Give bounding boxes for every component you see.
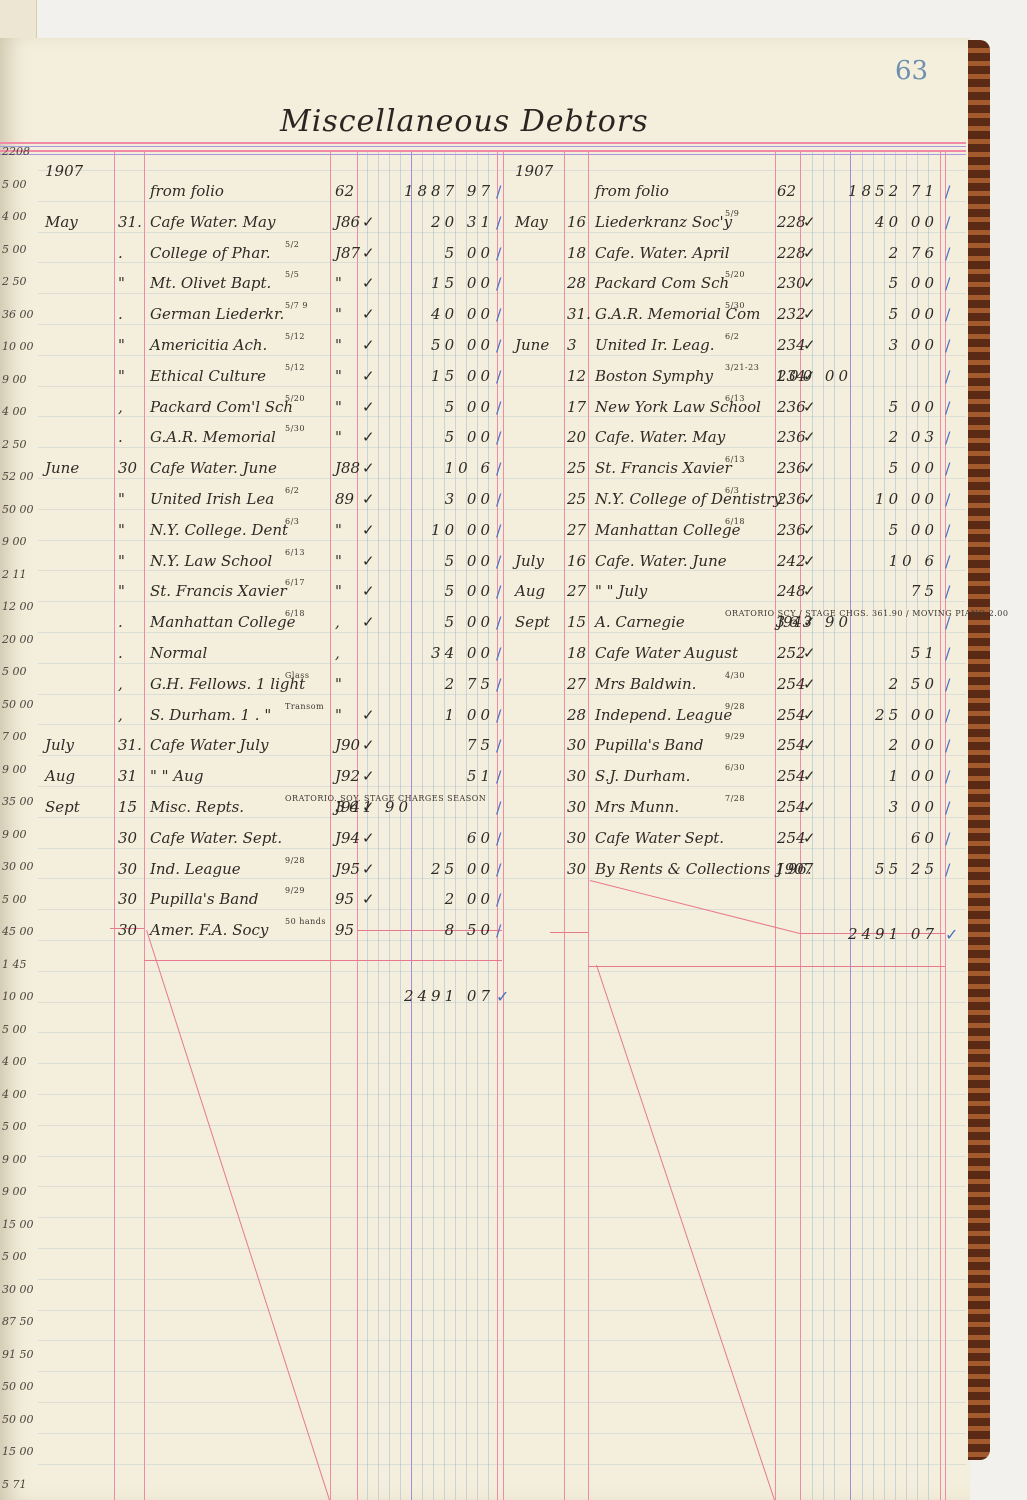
posted-check-mark: ✓ <box>362 336 375 354</box>
folio-ref-cell: 236 <box>777 459 806 477</box>
day-cell: 16 <box>567 552 586 570</box>
entry-note: 5/30 <box>285 424 305 433</box>
entry-note: 5/9 <box>725 209 739 218</box>
day-cell: . <box>118 613 123 631</box>
audit-tick-icon: / <box>496 305 501 324</box>
folio-ref-cell: " <box>335 274 342 292</box>
margin-figure: 9 00 <box>2 1185 27 1198</box>
posted-check-mark: ✓ <box>362 706 375 724</box>
description-cell: Cafe Water. Sept. <box>150 829 282 847</box>
book-spine <box>968 40 990 1460</box>
audit-tick-icon: / <box>945 552 950 571</box>
audit-tick-icon: / <box>945 428 950 447</box>
description-cell: G.A.R. Memorial <box>150 428 276 446</box>
posted-check-mark: ✓ <box>362 829 375 847</box>
ruled-line <box>38 755 966 756</box>
date-close-rule <box>550 932 588 933</box>
total-check-icon: ✓ <box>945 925 958 944</box>
day-cell: , <box>118 706 123 724</box>
entry-note: 6/2 <box>285 486 299 495</box>
margin-figure: 50 00 <box>2 698 34 711</box>
audit-tick-icon: / <box>945 613 950 632</box>
day-cell: 25 <box>567 459 586 477</box>
ruled-line <box>38 724 966 725</box>
day-cell: 17 <box>567 398 586 416</box>
ruled-line <box>38 632 966 633</box>
day-cell: 30 <box>567 736 586 754</box>
day-cell: " <box>118 490 125 508</box>
month-cell: May <box>515 213 548 231</box>
month-cell: June <box>45 459 79 477</box>
margin-figure: 9 00 <box>2 535 27 548</box>
margin-figure: 15 00 <box>2 1218 34 1231</box>
ruled-line <box>38 1248 966 1249</box>
folio-ref-cell: J 96. <box>777 860 812 878</box>
day-cell: 3 <box>567 336 577 354</box>
audit-tick-icon: / <box>496 921 501 940</box>
description-cell: Mrs Baldwin. <box>595 675 696 693</box>
entry-note: 6/13 <box>725 394 745 403</box>
description-cell: S. Durham. 1 . " <box>150 706 271 724</box>
folio-ref-cell: 236 <box>777 398 806 416</box>
description-cell: Pupilla's Band <box>595 736 704 754</box>
folio-ref-cell: 228 <box>777 213 806 231</box>
description-cell: German Liederkr. <box>150 305 284 323</box>
posted-check-mark: ✓ <box>362 490 375 508</box>
margin-figure: 35 00 <box>2 795 34 808</box>
audit-tick-icon: / <box>496 860 501 879</box>
day-cell: 30 <box>567 767 586 785</box>
folio-ref-cell: 254 <box>777 675 806 693</box>
posted-check-mark: ✓ <box>362 521 375 539</box>
folio-ref-cell: 62 <box>335 182 354 200</box>
description-cell: Amer. F.A. Socy <box>150 921 268 939</box>
amount-cell: 2 76 <box>889 244 938 262</box>
folio-ref-cell: 95 <box>335 890 354 908</box>
margin-figure: 52 00 <box>2 470 34 483</box>
day-cell: 15 <box>567 613 586 631</box>
posted-check-mark: ✓ <box>803 336 816 354</box>
description-cell: St. Francis Xavier <box>595 459 732 477</box>
ruled-line <box>38 570 966 571</box>
column-total: 2491 07 <box>404 987 494 1005</box>
posted-check-mark: ✓ <box>803 644 816 662</box>
audit-tick-icon: / <box>496 521 501 540</box>
day-cell: " <box>118 582 125 600</box>
audit-tick-icon: / <box>945 736 950 755</box>
margin-figure: 9 00 <box>2 763 27 776</box>
audit-tick-icon: / <box>945 305 950 324</box>
month-cell: Sept <box>515 613 550 631</box>
margin-figure: 45 00 <box>2 925 34 938</box>
ruled-line <box>38 416 966 417</box>
description-cell: Mt. Olivet Bapt. <box>150 274 271 292</box>
day-cell: 31. <box>118 736 142 754</box>
amount-cell: 40 00 <box>875 213 938 231</box>
amount-cell: 3 00 <box>889 336 938 354</box>
description-cell: Independ. League <box>595 706 732 724</box>
folio-ref-cell: 248 <box>777 582 806 600</box>
margin-figure: 5 00 <box>2 1023 27 1036</box>
ruled-line <box>38 1340 966 1341</box>
description-cell: Americitia Ach. <box>150 336 267 354</box>
day-cell: 30 <box>118 829 137 847</box>
amount-inner-column: 100 00 <box>776 367 853 385</box>
posted-check-mark: ✓ <box>362 736 375 754</box>
ruled-line <box>38 293 966 294</box>
folio-ref-cell: J92 <box>335 767 360 785</box>
column-rule <box>775 150 776 1500</box>
posted-check-mark: ✓ <box>362 367 375 385</box>
audit-tick-icon: / <box>496 644 501 663</box>
amount-cell: 5 00 <box>445 398 494 416</box>
cents-column-rule <box>389 150 390 1500</box>
margin-figure: 87 50 <box>2 1315 34 1328</box>
entry-note: 5/30 <box>725 301 745 310</box>
amount-cell: 51 <box>467 767 494 785</box>
day-cell: 28 <box>567 706 586 724</box>
description-cell: Packard Com Sch <box>595 274 729 292</box>
folio-ref-cell: 254 <box>777 736 806 754</box>
ruled-line <box>38 786 966 787</box>
description-cell: Cafe Water July <box>150 736 268 754</box>
amount-cell: 10 00 <box>431 521 494 539</box>
ruled-line <box>38 817 966 818</box>
amount-cell: 1 00 <box>445 706 494 724</box>
margin-figure: 15 00 <box>2 1445 34 1458</box>
entry-note: 6/18 <box>285 609 305 618</box>
audit-tick-icon: / <box>945 644 950 663</box>
column-rule <box>357 150 358 1500</box>
posted-check-mark: ✓ <box>362 613 375 631</box>
description-cell: Liederkranz Soc'y <box>595 213 732 231</box>
day-cell: , <box>118 398 123 416</box>
margin-figure: 30 00 <box>2 1283 34 1296</box>
ruled-line <box>38 201 966 202</box>
description-cell: N.Y. College. Dent <box>150 521 288 539</box>
folio-ref-cell: " <box>335 521 342 539</box>
entry-note: 9/29 <box>285 886 305 895</box>
audit-tick-icon: / <box>496 428 501 447</box>
amount-cell: 5 00 <box>445 244 494 262</box>
entry-note: 4/30 <box>725 671 745 680</box>
amount-cell: 1 00 <box>889 767 938 785</box>
ruled-line <box>38 262 966 263</box>
day-cell: 30 <box>118 890 137 908</box>
description-cell: Manhattan College <box>150 613 295 631</box>
folio-ref-cell: " <box>335 305 342 323</box>
day-cell: 30 <box>567 829 586 847</box>
amount-cell: 5 00 <box>889 274 938 292</box>
day-cell: " <box>118 521 125 539</box>
audit-tick-icon: / <box>945 521 950 540</box>
posted-check-mark: ✓ <box>803 706 816 724</box>
amount-cell: 55 25 <box>875 860 938 878</box>
entry-note: 5/12 <box>285 363 305 372</box>
description-cell: Mrs Munn. <box>595 798 679 816</box>
amount-cell: 10 6 <box>889 552 938 570</box>
amount-cell: 5 00 <box>889 398 938 416</box>
entry-note: 6/13 <box>725 455 745 464</box>
description-cell: Cafe Water Sept. <box>595 829 724 847</box>
description-cell: Misc. Repts. <box>150 798 244 816</box>
ruled-line <box>38 1156 966 1157</box>
amount-cell: 75 <box>467 736 494 754</box>
margin-figure: 9 00 <box>2 828 27 841</box>
amount-cell: 60 <box>467 829 494 847</box>
posted-check-mark: ✓ <box>803 675 816 693</box>
amount-cell: 75 <box>911 582 938 600</box>
posted-check-mark: ✓ <box>362 582 375 600</box>
folio-ref-cell: " <box>335 706 342 724</box>
cents-column-rule <box>873 150 874 1500</box>
ruled-line <box>38 447 966 448</box>
year-label: 1907 <box>515 162 553 180</box>
folio-ref-cell: " <box>335 367 342 385</box>
ruled-line <box>38 1433 966 1434</box>
amount-cell: 40 00 <box>431 305 494 323</box>
total-check-icon: ✓ <box>496 987 509 1006</box>
day-cell: 25 <box>567 490 586 508</box>
day-cell: . <box>118 428 123 446</box>
entry-note: Glass <box>285 671 309 680</box>
posted-check-mark: ✓ <box>803 398 816 416</box>
amount-cell: 2 75 <box>445 675 494 693</box>
posted-check-mark: ✓ <box>803 244 816 262</box>
entry-note: 50 hands <box>285 917 326 926</box>
description-cell: Cafe. Water. May <box>595 428 725 446</box>
money-column-rule <box>411 150 412 1500</box>
margin-figure: 4 00 <box>2 1055 27 1068</box>
audit-tick-icon: / <box>945 798 950 817</box>
description-cell: Packard Com'l Sch <box>150 398 293 416</box>
ruled-line <box>38 509 966 510</box>
audit-tick-icon: / <box>496 244 501 263</box>
folio-ref-cell: J95 <box>335 860 360 878</box>
margin-figure: 50 00 <box>2 1413 34 1426</box>
ruled-line <box>38 971 966 972</box>
audit-tick-icon: / <box>945 336 950 355</box>
amount-cell: 50 00 <box>431 336 494 354</box>
margin-figure: 5 00 <box>2 243 27 256</box>
margin-figure: 5 00 <box>2 1120 27 1133</box>
amount-cell: 2 00 <box>445 890 494 908</box>
ruled-line <box>38 848 966 849</box>
day-cell: 27 <box>567 675 586 693</box>
ruled-line <box>38 694 966 695</box>
margin-figure: 9 00 <box>2 373 27 386</box>
audit-tick-icon: / <box>496 829 501 848</box>
audit-tick-icon: / <box>945 490 950 509</box>
column-rule <box>564 150 565 1500</box>
folio-ref-cell: 254 <box>777 829 806 847</box>
audit-tick-icon: / <box>496 767 501 786</box>
entry-note: 6/18 <box>725 517 745 526</box>
entry-note: 5/7 9 <box>285 301 308 310</box>
folio-ref-cell: 62 <box>777 182 796 200</box>
day-cell: 30 <box>118 860 137 878</box>
posted-check-mark: ✓ <box>362 890 375 908</box>
folio-ref-cell: J90 <box>335 736 360 754</box>
month-cell: Sept <box>45 798 80 816</box>
entry-note: 9/29 <box>725 732 745 741</box>
audit-tick-icon: / <box>496 213 501 232</box>
day-cell: " <box>118 552 125 570</box>
audit-tick-icon: / <box>945 829 950 848</box>
amount-cell: 20 31 <box>431 213 494 231</box>
description-cell: United Irish Lea <box>150 490 274 508</box>
month-cell: July <box>515 552 544 570</box>
audit-tick-icon: / <box>496 582 501 601</box>
audit-tick-icon: / <box>496 890 501 909</box>
posted-check-mark: ✓ <box>803 490 816 508</box>
amount-cell: 51 <box>911 644 938 662</box>
amount-cell: 2 00 <box>889 736 938 754</box>
day-cell: . <box>118 244 123 262</box>
amount-cell: 5 00 <box>889 459 938 477</box>
description-cell: from folio <box>150 182 224 200</box>
column-total: 2491 07 <box>848 925 938 943</box>
ruled-line <box>38 1186 966 1187</box>
margin-figure: 4 00 <box>2 1088 27 1101</box>
folio-ref-cell: 254 <box>777 798 806 816</box>
day-cell: 28 <box>567 274 586 292</box>
cents-column-rule <box>884 150 885 1500</box>
folio-ref-cell: " <box>335 582 342 600</box>
audit-tick-icon: / <box>945 675 950 694</box>
entry-note: 9/28 <box>725 702 745 711</box>
ruled-line <box>38 1464 966 1465</box>
posted-check-mark: ✓ <box>803 428 816 446</box>
cents-column-rule <box>422 150 423 1500</box>
audit-tick-icon: / <box>496 274 501 293</box>
margin-figure: 12 00 <box>2 600 34 613</box>
margin-figure: 2 11 <box>2 568 27 581</box>
money-column-rule <box>850 150 851 1500</box>
amount-cell: 1852 71 <box>848 182 938 200</box>
posted-check-mark: ✓ <box>803 798 816 816</box>
description-cell: Cafe Water. May <box>150 213 275 231</box>
folio-ref-cell: 242 <box>777 552 806 570</box>
posted-check-mark: ✓ <box>362 860 375 878</box>
amount-cell: 5 00 <box>889 521 938 539</box>
audit-tick-icon: / <box>496 706 501 725</box>
day-cell: 31. <box>118 213 142 231</box>
margin-figure: 36 00 <box>2 308 34 321</box>
posted-check-mark: ✓ <box>362 213 375 231</box>
folio-ref-cell: 236 <box>777 521 806 539</box>
entry-note: 5/5 <box>285 270 299 279</box>
total-rule <box>144 960 502 961</box>
audit-tick-icon: / <box>496 798 501 817</box>
amount-cell: 15 00 <box>431 274 494 292</box>
entry-note: 5/2 <box>285 240 299 249</box>
audit-tick-icon: / <box>945 274 950 293</box>
amount-cell: 5 00 <box>445 428 494 446</box>
ruled-line <box>38 940 966 941</box>
header-rule <box>0 142 966 158</box>
posted-check-mark: ✓ <box>362 767 375 785</box>
amount-cell: 5 00 <box>445 613 494 631</box>
year-label: 1907 <box>45 162 83 180</box>
description-cell: Cafe Water August <box>595 644 738 662</box>
day-cell: . <box>118 305 123 323</box>
month-cell: Aug <box>45 767 75 785</box>
margin-figure: 30 00 <box>2 860 34 873</box>
folio-ref-cell: " <box>335 336 342 354</box>
margin-figure: 50 00 <box>2 503 34 516</box>
folio-ref-cell: 232 <box>777 305 806 323</box>
day-cell: " <box>118 274 125 292</box>
ruled-line <box>38 909 966 910</box>
posted-check-mark: ✓ <box>362 459 375 477</box>
posted-check-mark: ✓ <box>803 552 816 570</box>
month-cell: June <box>515 336 549 354</box>
folio-ref-cell: 234 <box>777 336 806 354</box>
description-cell: A. Carnegie <box>595 613 685 631</box>
day-cell: 30 <box>567 860 586 878</box>
ruled-line <box>38 355 966 356</box>
day-cell: 18 <box>567 644 586 662</box>
column-rule <box>588 150 589 1500</box>
posted-check-mark: ✓ <box>362 305 375 323</box>
posted-check-mark: ✓ <box>803 459 816 477</box>
margin-figure: 91 50 <box>2 1348 34 1361</box>
day-cell: 12 <box>567 367 586 385</box>
ruled-line <box>38 1217 966 1218</box>
amount-cell: 2 03 <box>889 428 938 446</box>
day-cell: , <box>118 675 123 693</box>
description-cell: United Ir. Leag. <box>595 336 715 354</box>
cents-column-rule <box>862 150 863 1500</box>
audit-tick-icon: / <box>945 459 950 478</box>
audit-tick-icon: / <box>945 367 950 386</box>
folio-ref-cell: 254 <box>777 706 806 724</box>
cents-column-rule <box>823 150 824 1500</box>
day-cell: 31. <box>567 305 591 323</box>
ruled-line <box>38 232 966 233</box>
posted-check-mark: ✓ <box>803 305 816 323</box>
description-cell: Cafe. Water. June <box>595 552 727 570</box>
entry-note: 5/12 <box>285 332 305 341</box>
day-cell: " <box>118 336 125 354</box>
month-cell: May <box>45 213 78 231</box>
folio-ref-cell: 228 <box>777 244 806 262</box>
margin-figure: 9 00 <box>2 1153 27 1166</box>
ruled-line <box>38 1094 966 1095</box>
cents-column-rule <box>400 150 401 1500</box>
description-cell: Pupilla's Band <box>150 890 259 908</box>
description-cell: Ind. League <box>150 860 241 878</box>
entry-note: 3/21-23 <box>725 363 759 372</box>
folio-ref-cell: J86 <box>335 213 360 231</box>
folio-ref-cell: J87 <box>335 244 360 262</box>
description-cell: N.Y. College of Dentistry <box>595 490 782 508</box>
description-cell: " " Aug <box>150 767 203 785</box>
entry-note: 5/20 <box>285 394 305 403</box>
day-cell: 31 <box>118 767 137 785</box>
margin-figure: 5 71 <box>2 1478 27 1491</box>
day-cell: . <box>118 644 123 662</box>
entry-note: 6/30 <box>725 763 745 772</box>
entry-note: ORATORIO SCY / STAGE CHGS. 361.90 / MOVI… <box>725 609 1008 618</box>
margin-figure: 10 00 <box>2 990 34 1003</box>
ruled-line <box>38 324 966 325</box>
ruled-line <box>38 878 966 879</box>
amount-cell: 25 00 <box>431 860 494 878</box>
margin-figure: 5 00 <box>2 665 27 678</box>
audit-tick-icon: / <box>496 367 501 386</box>
